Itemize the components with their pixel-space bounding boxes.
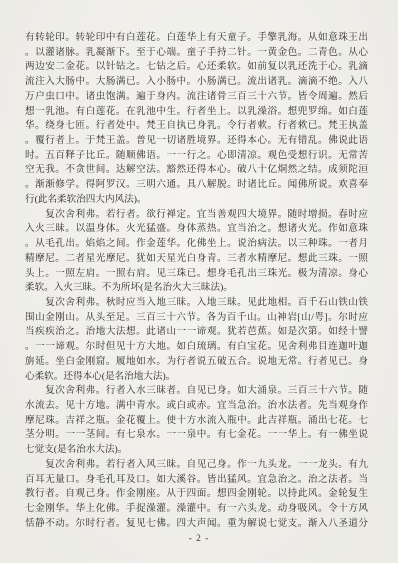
- text-line: 精摩尼。二者星光摩尼。犹如天星光白身青。三者水精摩尼。想此三珠。一照: [25, 252, 368, 267]
- text-line: 旃延。坐白金刚窟。履地如水。为行者说五破五合。说地无常。行者见已。身: [25, 355, 368, 370]
- scanned-document-page: 有转轮印。转轮印中有白莲花。白莲华上有天童子。手擎乳海。从如意珠王出。以灌诸脉。…: [0, 0, 398, 563]
- text-line: 空无我。不贪世间。达解空法。豁然还得本心。破八十亿烔然之结。成须陀洹: [25, 163, 368, 178]
- text-line: 入火三昧。以温身体。火光猛盛。身体蒸热。宜当治之。想诸火光。作如意珠: [25, 222, 368, 237]
- text-line: 百耳无量口。身毛孔耳及口。如大溪谷。皆出猛风。宜急治之。治之法者。当: [25, 473, 368, 488]
- text-line: 茎分明。一一茎间。有七泉水。一一泉中。有七金花。一一华上。有一佛坐说: [25, 428, 368, 443]
- text-line: 复次舍利弗。秋时应当入地三昧。入地三昧。见此地相。百千石山铁山铁: [25, 296, 368, 311]
- text-line: 万户虫口中。诸虫饱满。遍于身内。流注诸骨三百三十六节。皆令周遍。然后: [25, 90, 368, 105]
- text-line: 。以灌诸脉。乳凝渐下。至于心端。童子手持二针。一黄金色。二青色。从心: [25, 46, 368, 61]
- text-line: 。覆行者上。于梵王盖。普见一切诸胜境界。还得本心。无有错乱。佛说此语: [25, 134, 368, 149]
- text-line: 水流去。见十方地。满中青水。或白或赤。宜当急治。治水法者。先当观身作: [25, 399, 368, 414]
- text-line: 心柔软。还得本心(是名治地大法)。: [25, 370, 368, 385]
- text-line: 两边安二金花。以针钻之。七钻之后。心还柔软。如前复以乳还洗于心。乳滴: [25, 60, 368, 75]
- text-line: 流注入大肠中。大肠满已。入小肠中。小肠满已。流出诸乳。滴滴不绝。入八: [25, 75, 368, 90]
- text-line: 行(此名柔软治四大内风法)。: [25, 193, 368, 208]
- text-line: 有转轮印。转轮印中有白莲花。白莲华上有天童子。手擎乳海。从如意珠王出: [25, 31, 368, 46]
- text-line: 恬静不动。尔时行者。复见七佛。四大声闻。重为解说七觉支。渐入八圣道分: [25, 517, 368, 532]
- text-line: 头上。一照左肩。一照右肩。见三珠已。想身毛孔出三珠光。极为清凉。身心: [25, 267, 368, 282]
- text-line: 。渐渐修学。得阿罗汉。三明六通。具八解脱。时诸比丘。闻佛所说。欢喜奉: [25, 178, 368, 193]
- text-line: 七金刚华。华上化佛。手捉澡灌。澡灌中。有一六头龙。动身吸风。令十方风: [25, 502, 368, 517]
- text-line: 摩尼珠。吉祥之瓶。金花覆上。使十方水流入瓶中。此吉祥瓶。涌出七花。七: [25, 414, 368, 429]
- text-line: 时。五百释子比丘。随顺佛语。一一行之。心即清凉。观色受想行识。无常苦: [25, 149, 368, 164]
- text-line: 围山金刚山。从头至足。三百三十六节。各为百千山。山神岩[山/咢]。尔时应: [25, 311, 368, 326]
- page-number: - 2 -: [0, 534, 398, 544]
- text-line: 复次舍利弗。若行者入风三昧。自见己身。作一九头龙。一一龙头。有九: [25, 458, 368, 473]
- text-line: 想一乳池。有白莲花。在乳池中生。行者坐上。以乳澡浴。想兜罗绵。如白莲: [25, 105, 368, 120]
- text-column: 有转轮印。转轮印中有白莲花。白莲华上有天童子。手擎乳海。从如意珠王出。以灌诸脉。…: [25, 31, 368, 531]
- text-line: 。从毛孔出。焰焰之间。作金莲华。化佛坐上。说治病法。以三种珠。一者月: [25, 237, 368, 252]
- text-line: 华。绕身七匝。行者处中。梵王自执已身乳。令行者欶。行者欶已。梵王执盖: [25, 119, 368, 134]
- text-line: 复次舍利弗。行者入水三昧者。自见已身。如大涌泉。三百三十六节。随: [25, 384, 368, 399]
- text-line: 教行者。自观己身。作金刚座。从于四面。想四金刚轮。以持此风。金轮复生: [25, 487, 368, 502]
- text-line: 七觉支(是名治水大法)。: [25, 443, 368, 458]
- text-line: 当疾疾治之。治地大法想。此诸山一一谛观。犹若芭蕉。如是次第。如经十譬: [25, 325, 368, 340]
- text-line: 复次舍利弗。若行者。欲行禅定。宜当善观四大境界。随时增损。春时应: [25, 208, 368, 223]
- text-line: 柔软。入火三昧。不为所坏(是名治火大三昧法)。: [25, 281, 368, 296]
- text-line: 。一一谛观。尔时但见十方大地。如白琉璃。有白宝花。见舍利弗目连迦叶迦: [25, 340, 368, 355]
